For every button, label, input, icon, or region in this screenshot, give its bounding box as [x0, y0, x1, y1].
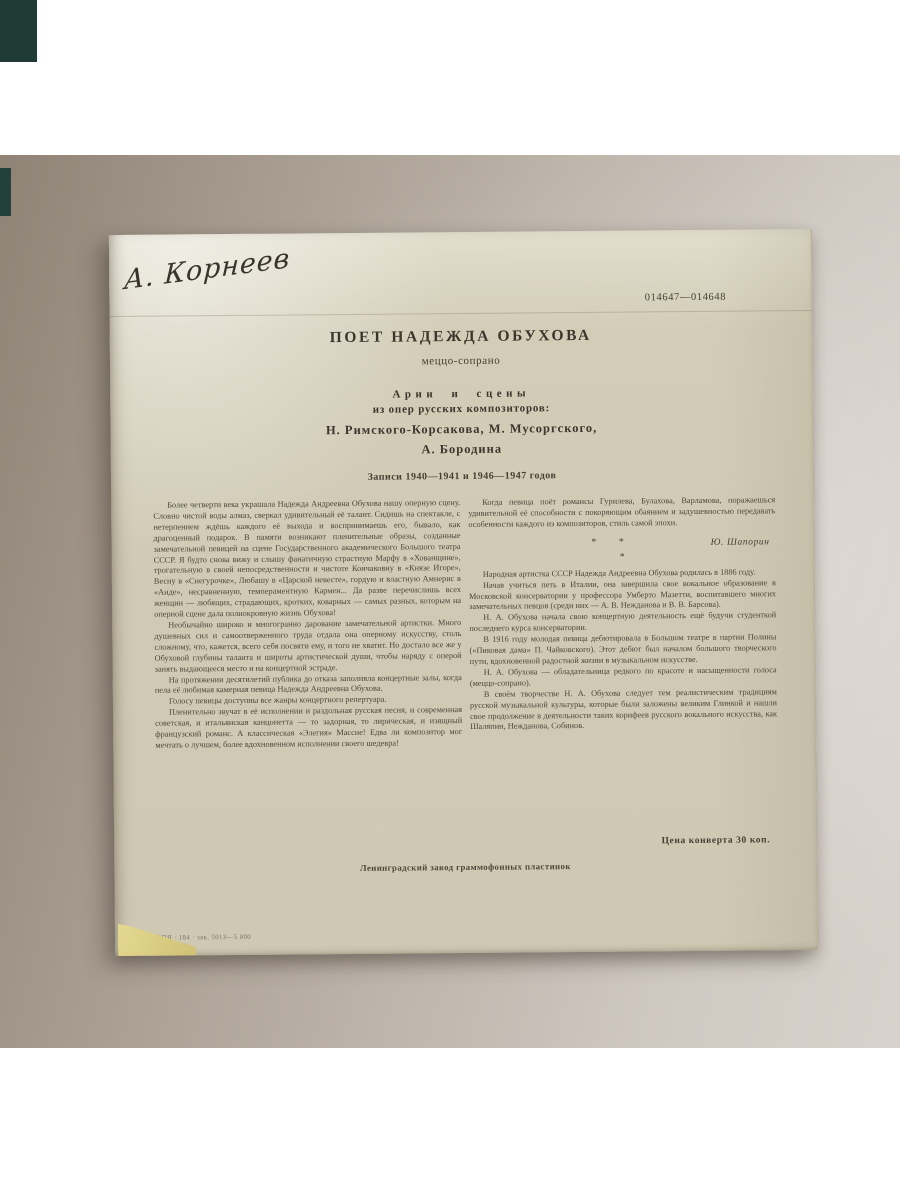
liner-paragraph: Более четверти века украшала Надежда Анд… [153, 498, 461, 621]
sleeve-flap-crease [110, 310, 812, 317]
liner-paragraph: В 1916 году молодая певица дебютировала … [469, 632, 776, 667]
envelope-price: Цена конверта 30 коп. [662, 835, 771, 846]
composers-line-2: А. Бородина [111, 439, 813, 460]
liner-paragraph: В своём творчестве Н. А. Обухова следует… [470, 687, 777, 733]
record-sleeve-back: А. Корнеев 014647—014648 ПОЕТ НАДЕЖДА ОБ… [109, 229, 818, 956]
voice-type: меццо-сопрано [110, 352, 812, 370]
album-title: ПОЕТ НАДЕЖДА ОБУХОВА [110, 325, 812, 349]
handwritten-signature: А. Корнеев [123, 235, 352, 296]
liner-paragraph: Н. А. Обухова начала свою концертную дея… [469, 611, 776, 635]
liner-paragraph: Н. А. Обухова — обладательница редкого п… [470, 665, 777, 689]
dark-corner-mark-left [0, 168, 11, 216]
liner-paragraph: Пленительно звучат в её исполнении и раз… [155, 705, 462, 751]
program-line-2: из опер русских композиторов: [110, 400, 812, 418]
asterisk-separator: * * [591, 537, 634, 548]
liner-paragraph: Необычайно широко и многогранно даровани… [154, 618, 461, 675]
record-plant-name: Ленинградский завод граммофонных пластин… [114, 859, 816, 875]
liner-notes-right-column: Когда певица поёт романсы Гурилева, Була… [468, 495, 777, 733]
composers-line-1: Н. Римского-Корсакова, М. Мусоргского, [111, 419, 813, 440]
liner-notes-left-column: Более четверти века украшала Надежда Анд… [153, 498, 462, 752]
liner-paragraph: На протяжении десятилетий публика до отк… [155, 673, 462, 697]
liner-paragraph: Когда певица поёт романсы Гурилева, Була… [468, 495, 775, 530]
recording-years: Записи 1940—1941 и 1946—1947 годов [111, 468, 813, 485]
sleeve-heading: ПОЕТ НАДЕЖДА ОБУХОВА меццо-сопрано Арии … [110, 325, 813, 485]
dark-corner-mark-top [0, 0, 37, 62]
catalog-number: 014647—014648 [575, 291, 795, 304]
section-separator: * * Ю. Шапорин [469, 536, 776, 554]
liner-paragraph: Начав учиться петь в Италии, она заверши… [469, 578, 776, 613]
essay-author: Ю. Шапорин [711, 537, 770, 548]
